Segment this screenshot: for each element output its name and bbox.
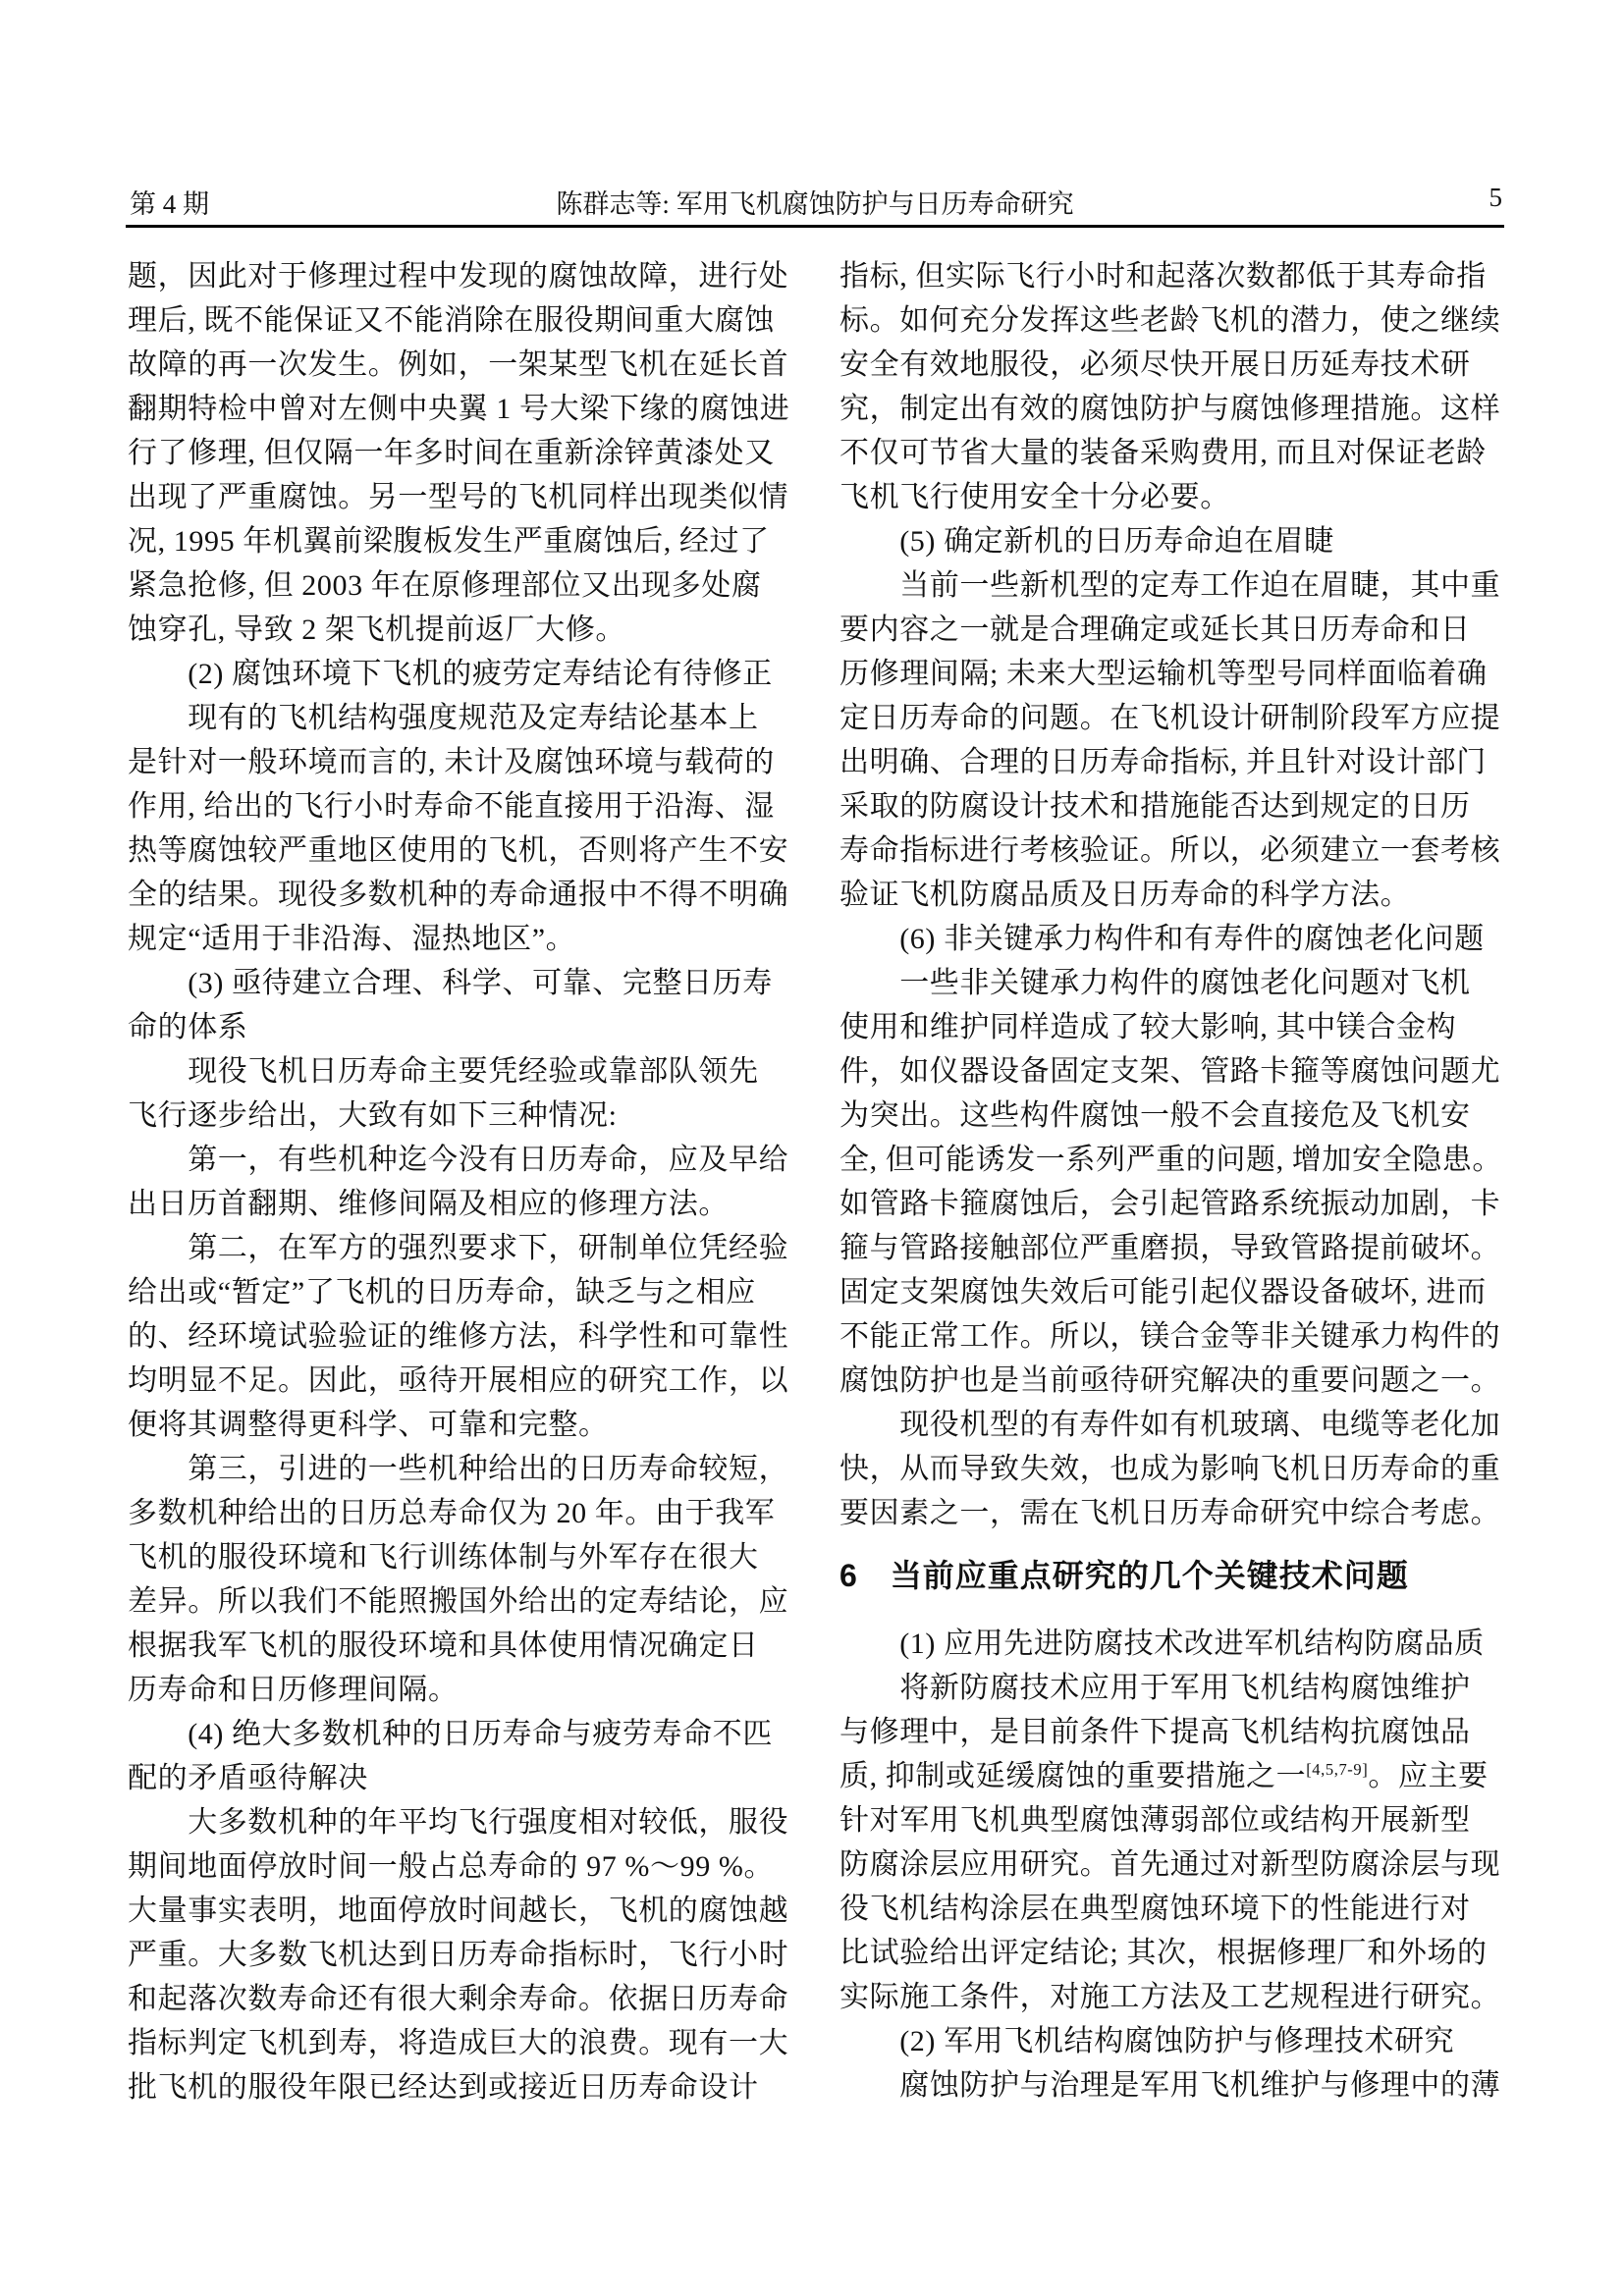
text-line: 行了修理, 但仅隔一年多时间在重新涂锌黄漆处又	[128, 431, 793, 475]
header-running-title: 陈群志等: 军用飞机腐蚀防护与日历寿命研究	[126, 183, 1504, 221]
text-line: 为突出。这些构件腐蚀一般不会直接危及飞机安	[839, 1094, 1509, 1138]
text-line: 翻期特检中曾对左侧中央翼 1 号大梁下缘的腐蚀进	[128, 387, 793, 431]
text-line: (6) 非关键承力构件和有寿件的腐蚀老化问题	[839, 917, 1509, 961]
text-line: 定日历寿命的问题。在飞机设计研制阶段军方应提	[839, 696, 1509, 740]
right-column-upper-text: 指标, 但实际飞行小时和起落次数都低于其寿命指标。如何充分发挥这些老龄飞机的潜力…	[839, 254, 1509, 1535]
text-line: 第三，引进的一些机种给出的日历寿命较短，	[128, 1447, 793, 1491]
header-page-number: 5	[1489, 183, 1503, 213]
text-line: 如管路卡箍腐蚀后，会引起管路系统振动加剧，卡	[839, 1182, 1509, 1226]
text-line: (5) 确定新机的日历寿命迫在眉睫	[839, 519, 1509, 563]
text-line: 第一，有些机种迄今没有日历寿命，应及早给	[128, 1138, 793, 1182]
text-line: 要因素之一，需在飞机日历寿命研究中综合考虑。	[839, 1491, 1509, 1535]
text-line: 现役飞机日历寿命主要凭经验或靠部队领先	[128, 1049, 793, 1094]
text-line: 防腐涂层应用研究。首先通过对新型防腐涂层与现	[839, 1842, 1509, 1887]
text-line: 大量事实表明，地面停放时间越长，飞机的腐蚀越	[128, 1889, 793, 1933]
text-line: 严重。大多数飞机达到日历寿命指标时，飞行小时	[128, 1933, 793, 1977]
text-line: 故障的再一次发生。例如，一架某型飞机在延长首	[128, 343, 793, 387]
text-line: 安全有效地服役，必须尽快开展日历延寿技术研	[839, 343, 1509, 387]
text-line: 配的矛盾亟待解决	[128, 1756, 793, 1800]
text-line: 箍与管路接触部位严重磨损，导致管路提前破坏。	[839, 1226, 1509, 1270]
text-line: 比试验给出评定结论; 其次，根据修理厂和外场的	[839, 1931, 1509, 1975]
page-header: 第 4 期 陈群志等: 军用飞机腐蚀防护与日历寿命研究 5	[126, 183, 1504, 222]
text-line: 出日历首翻期、维修间隔及相应的修理方法。	[128, 1182, 793, 1226]
text-line: 当前一些新机型的定寿工作迫在眉睫，其中重	[839, 563, 1509, 608]
text-line: 的、经环境试验验证的维修方法，科学性和可靠性	[128, 1314, 793, 1359]
text-line: 全, 但可能诱发一系列严重的问题, 增加安全隐患。	[839, 1138, 1509, 1182]
text-line: 期间地面停放时间一般占总寿命的 97 %～99 %。	[128, 1844, 793, 1889]
journal-page: 第 4 期 陈群志等: 军用飞机腐蚀防护与日历寿命研究 5 题，因此对于修理过程…	[0, 0, 1624, 2296]
text-line: 腐蚀防护与治理是军用飞机维护与修理中的薄	[839, 2063, 1509, 2108]
text-line: 腐蚀防护也是当前亟待研究解决的重要问题之一。	[839, 1359, 1509, 1403]
text-line: 寿命指标进行考核验证。所以，必须建立一套考核	[839, 828, 1509, 873]
text-line: 现有的飞机结构强度规范及定寿结论基本上	[128, 696, 793, 740]
text-line: (4) 绝大多数机种的日历寿命与疲劳寿命不匹	[128, 1712, 793, 1756]
text-line: 全的结果。现役多数机种的寿命通报中不得不明确	[128, 873, 793, 917]
text-line: 给出或“暂定”了飞机的日历寿命，缺乏与之相应	[128, 1270, 793, 1314]
text-line: 究，制定出有效的腐蚀防护与腐蚀修理措施。这样	[839, 387, 1509, 431]
text-line: 采取的防腐设计技术和措施能否达到规定的日历	[839, 784, 1509, 828]
text-line: 一些非关键承力构件的腐蚀老化问题对飞机	[839, 961, 1509, 1005]
text-line: 出现了严重腐蚀。另一型号的飞机同样出现类似情	[128, 475, 793, 519]
text-line: 指标判定飞机到寿，将造成巨大的浪费。现有一大	[128, 2021, 793, 2065]
text-line: 命的体系	[128, 1005, 793, 1049]
text-line: 历寿命和日历修理间隔。	[128, 1668, 793, 1712]
text-line: 题，因此对于修理过程中发现的腐蚀故障，进行处	[128, 254, 793, 298]
text-line: 现役机型的有寿件如有机玻璃、电缆等老化加	[839, 1403, 1509, 1447]
text-line: 飞行逐步给出，大致有如下三种情况:	[128, 1094, 793, 1138]
column-left: 题，因此对于修理过程中发现的腐蚀故障，进行处理后, 既不能保证又不能消除在服役期…	[128, 254, 793, 2109]
text-line: 使用和维护同样造成了较大影响, 其中镁合金构	[839, 1005, 1509, 1049]
text-line: 便将其调整得更科学、可靠和完整。	[128, 1403, 793, 1447]
text-line: 况, 1995 年机翼前梁腹板发生严重腐蚀后, 经过了	[128, 519, 793, 563]
text-line: 理后, 既不能保证又不能消除在服役期间重大腐蚀	[128, 298, 793, 343]
right-column-lower-text: (1) 应用先进防腐技术改进军机结构防腐品质 将新防腐技术应用于军用飞机结构腐蚀…	[839, 1622, 1509, 2108]
text-line: 不能正常工作。所以，镁合金等非关键承力构件的	[839, 1314, 1509, 1359]
text-line: 批飞机的服役年限已经达到或接近日历寿命设计	[128, 2065, 793, 2109]
text-line: 不仅可节省大量的装备采购费用, 而且对保证老龄	[839, 431, 1509, 475]
text-line: 针对军用飞机典型腐蚀薄弱部位或结构开展新型	[839, 1798, 1509, 1842]
text-line: 是针对一般环境而言的, 未计及腐蚀环境与载荷的	[128, 740, 793, 784]
text-line: 件，如仪器设备固定支架、管路卡箍等腐蚀问题尤	[839, 1049, 1509, 1094]
text-line: 历修理间隔; 未来大型运输机等型号同样面临着确	[839, 652, 1509, 696]
text-line: 多数机种给出的日历总寿命仅为 20 年。由于我军	[128, 1491, 793, 1535]
header-rule	[126, 225, 1504, 228]
text-line: 热等腐蚀较严重地区使用的飞机，否则将产生不安	[128, 828, 793, 873]
text-line: 将新防腐技术应用于军用飞机结构腐蚀维护	[839, 1666, 1509, 1710]
text-line: 根据我军飞机的服役环境和具体使用情况确定日	[128, 1624, 793, 1668]
text-line: 蚀穿孔, 导致 2 架飞机提前返厂大修。	[128, 608, 793, 652]
text-line: 出明确、合理的日历寿命指标, 并且针对设计部门	[839, 740, 1509, 784]
text-line: 与修理中，是目前条件下提高飞机结构抗腐蚀品	[839, 1710, 1509, 1754]
text-line: 第二，在军方的强烈要求下，研制单位凭经验	[128, 1226, 793, 1270]
text-line: 飞机飞行使用安全十分必要。	[839, 475, 1509, 519]
text-line: 固定支架腐蚀失效后可能引起仪器设备破坏, 进而	[839, 1270, 1509, 1314]
text-line: 差异。所以我们不能照搬国外给出的定寿结论，应	[128, 1579, 793, 1624]
text-line: 标。如何充分发挥这些老龄飞机的潜力，使之继续	[839, 298, 1509, 343]
citation-superscript: [4,5,7-9]	[1306, 1760, 1368, 1779]
text-line: (1) 应用先进防腐技术改进军机结构防腐品质	[839, 1622, 1509, 1666]
text-line: (2) 腐蚀环境下飞机的疲劳定寿结论有待修正	[128, 652, 793, 696]
text-line: 快，从而导致失效，也成为影响飞机日历寿命的重	[839, 1447, 1509, 1491]
text-line: 作用, 给出的飞行小时寿命不能直接用于沿海、湿	[128, 784, 793, 828]
text-line: 实际施工条件，对施工方法及工艺规程进行研究。	[839, 1975, 1509, 2019]
text-line: 规定“适用于非沿海、湿热地区”。	[128, 917, 793, 961]
text-line: (2) 军用飞机结构腐蚀防护与修理技术研究	[839, 2019, 1509, 2063]
column-right: 指标, 但实际飞行小时和起落次数都低于其寿命指标。如何充分发挥这些老龄飞机的潜力…	[839, 254, 1509, 2108]
text-line: 役飞机结构涂层在典型腐蚀环境下的性能进行对	[839, 1887, 1509, 1931]
section-heading: 6 当前应重点研究的几个关键技术问题	[839, 1552, 1509, 1599]
text-line: 紧急抢修, 但 2003 年在原修理部位又出现多处腐	[128, 563, 793, 608]
text-line: 要内容之一就是合理确定或延长其日历寿命和日	[839, 608, 1509, 652]
text-line: 指标, 但实际飞行小时和起落次数都低于其寿命指	[839, 254, 1509, 298]
text-line: 均明显不足。因此，亟待开展相应的研究工作，以	[128, 1359, 793, 1403]
text-line: 质, 抑制或延缓腐蚀的重要措施之一[4,5,7-9]。应主要	[839, 1754, 1509, 1798]
text-line: 和起落次数寿命还有很大剩余寿命。依据日历寿命	[128, 1977, 793, 2021]
text-line: 大多数机种的年平均飞行强度相对较低，服役	[128, 1800, 793, 1844]
text-line: (3) 亟待建立合理、科学、可靠、完整日历寿	[128, 961, 793, 1005]
text-line: 验证飞机防腐品质及日历寿命的科学方法。	[839, 873, 1509, 917]
text-line: 飞机的服役环境和飞行训练体制与外军存在很大	[128, 1535, 793, 1579]
